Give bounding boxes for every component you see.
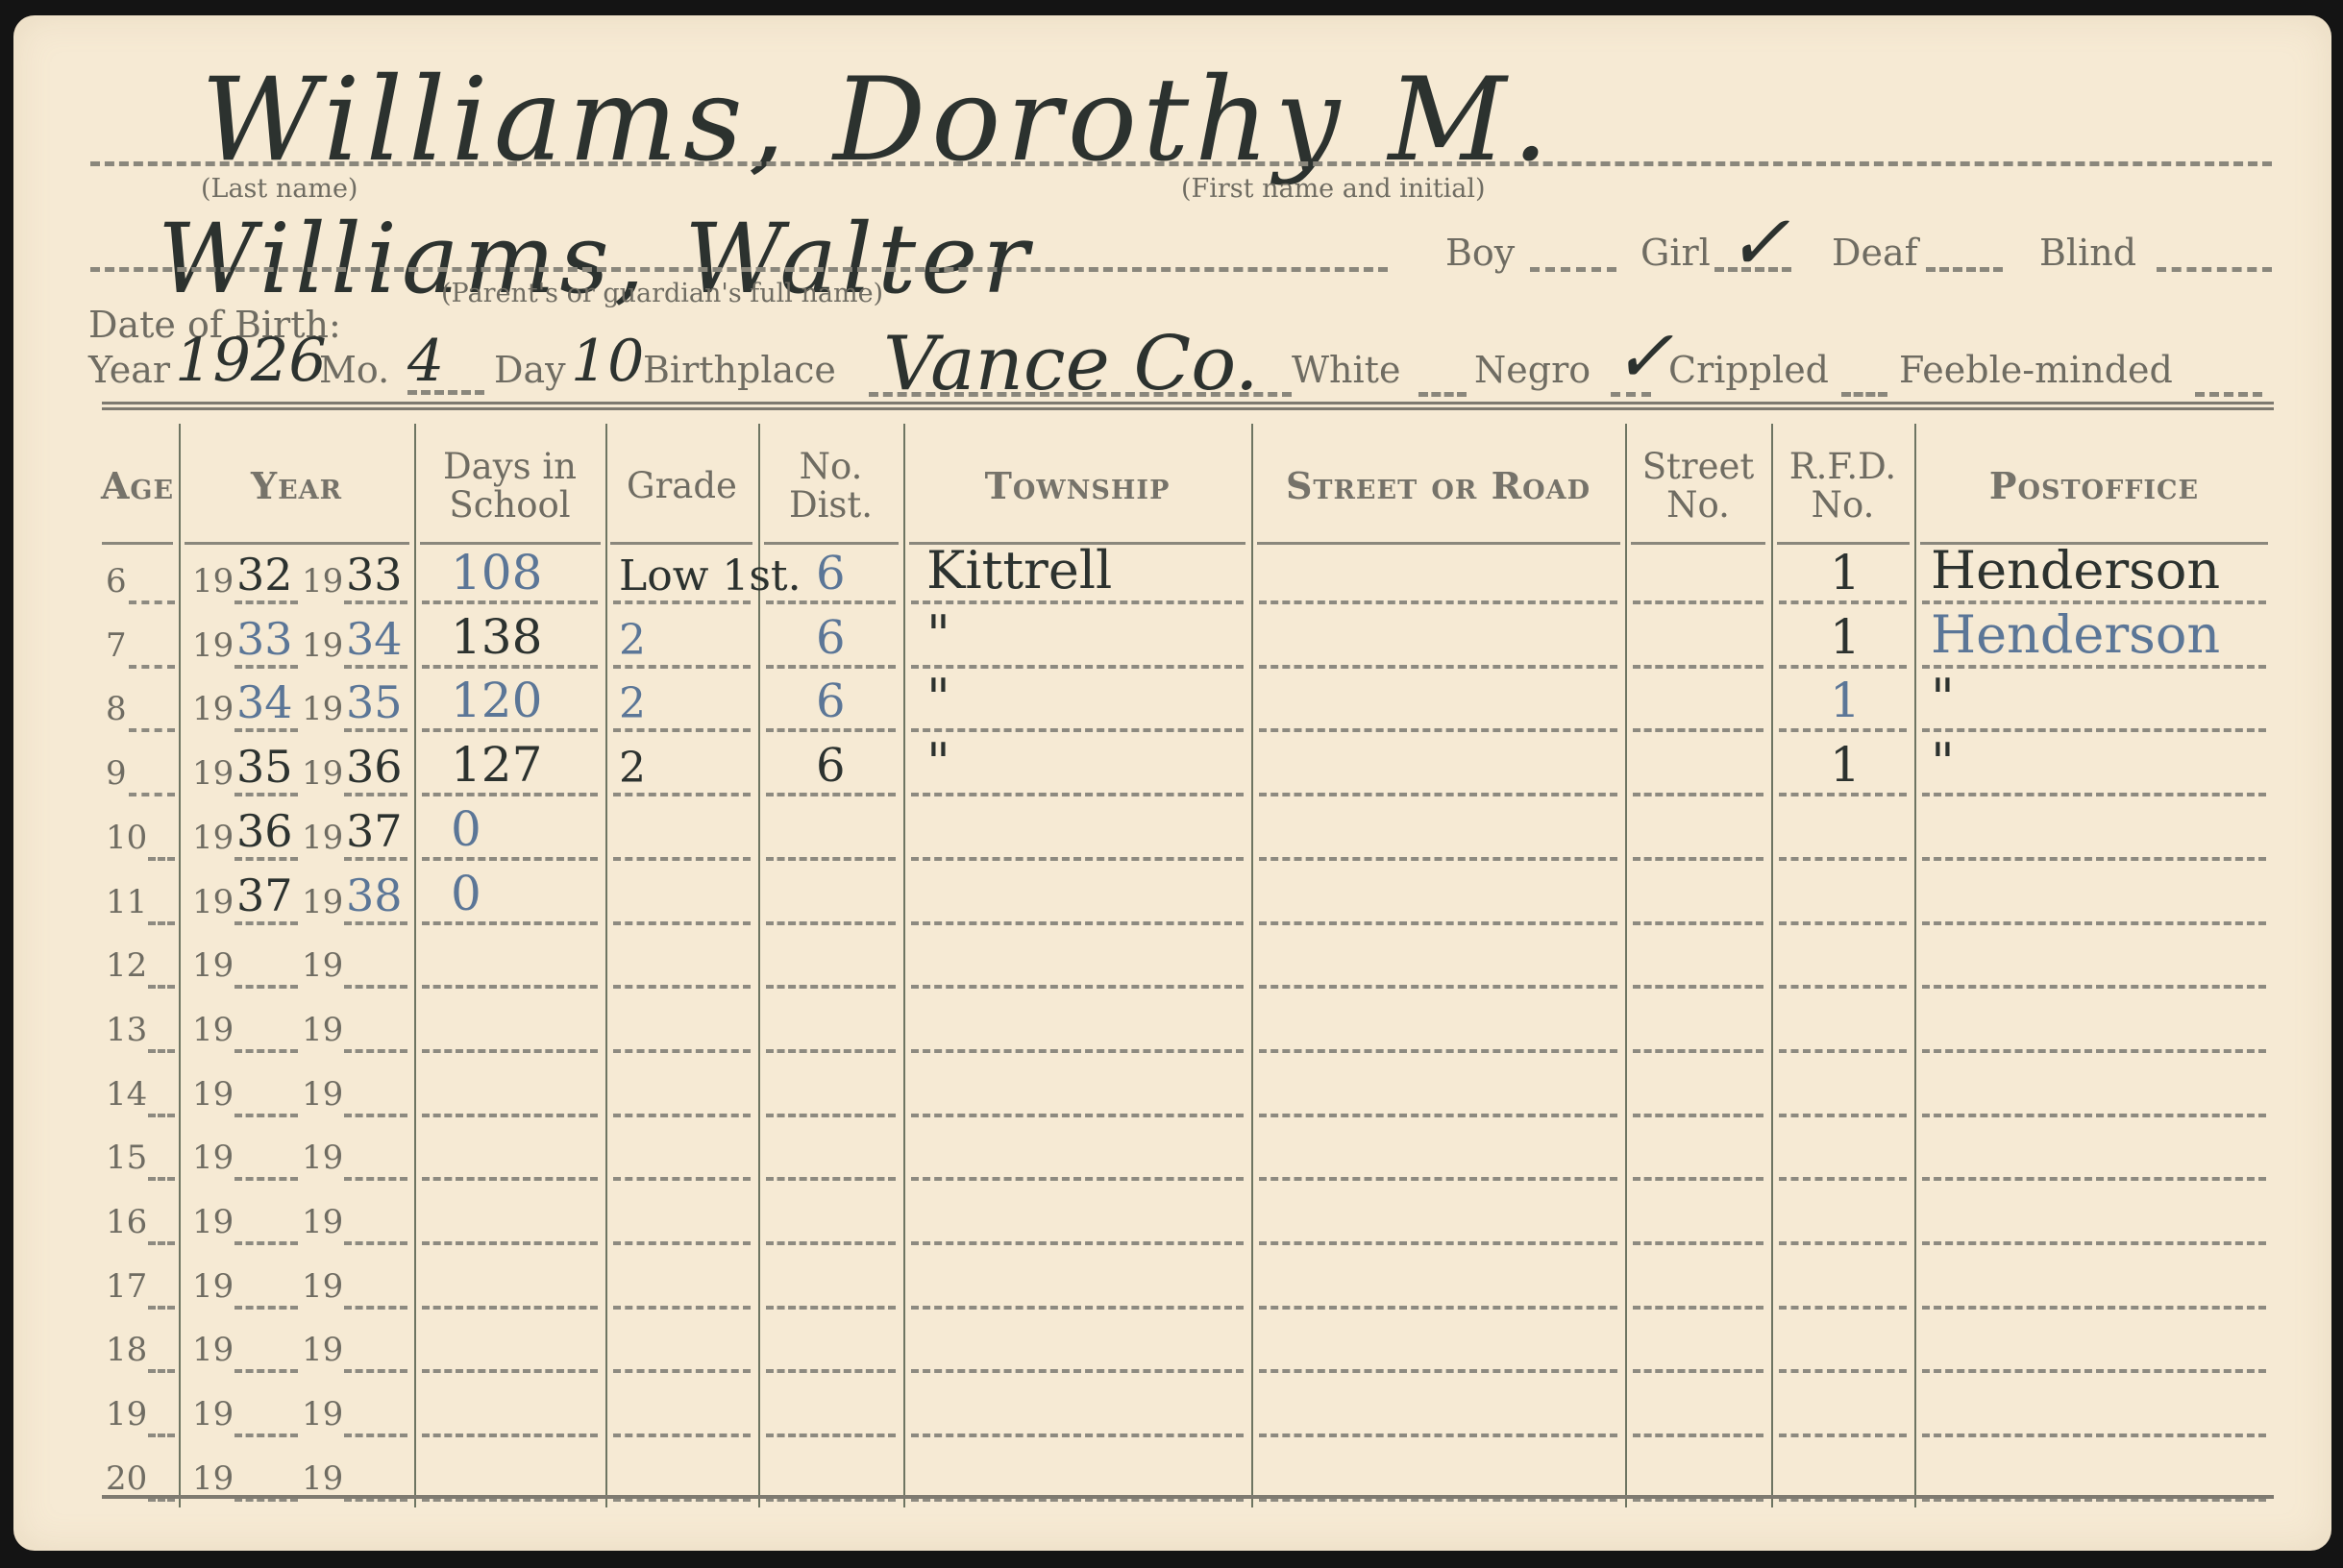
header-days-line2: School	[449, 486, 570, 525]
blind-blank	[2157, 267, 2272, 272]
year-blank	[344, 1177, 407, 1181]
days-cell: 108	[451, 545, 542, 600]
cell-blank	[1633, 1369, 1763, 1373]
feeble-minded-label: Feeble-minded	[1899, 349, 2173, 391]
year-blank	[234, 1306, 298, 1310]
cell-blank	[613, 1177, 751, 1181]
cell-blank	[766, 728, 896, 732]
year-prefix: 19	[302, 1331, 343, 1369]
year-prefix: 19	[192, 1331, 234, 1369]
year-prefix: 19	[302, 819, 343, 857]
year-blank	[344, 665, 407, 669]
age-cell: 19	[106, 1395, 183, 1433]
cell-blank	[766, 857, 896, 861]
cell-blank	[613, 665, 751, 669]
days-cell: 0	[451, 801, 481, 857]
age-cell: 18	[106, 1331, 183, 1369]
year-prefix: 19	[192, 1267, 234, 1306]
year-prefix: 19	[302, 562, 343, 600]
age-blank	[148, 921, 175, 925]
year-blank	[234, 921, 298, 925]
cell-blank	[422, 1049, 598, 1053]
cell-blank	[1633, 1114, 1763, 1117]
header-days-in-school: Days in School	[414, 430, 605, 541]
year-value: 37	[236, 870, 293, 921]
year-value: 34	[346, 613, 403, 665]
cell-blank	[1779, 1114, 1907, 1117]
cell-blank	[911, 1177, 1244, 1181]
cell-blank	[1779, 793, 1907, 796]
age-cell: 6	[106, 562, 183, 600]
cell-blank	[766, 1049, 896, 1053]
age-cell: 10	[106, 819, 183, 857]
cell-blank	[1633, 793, 1763, 796]
cell-blank	[422, 985, 598, 989]
year-blank	[234, 1114, 298, 1117]
header-township: Township	[903, 430, 1251, 541]
dist-cell: 6	[816, 611, 846, 665]
year-blank	[344, 1114, 407, 1117]
cell-blank	[766, 665, 896, 669]
negro-label: Negro	[1474, 349, 1591, 391]
year-blank	[344, 600, 407, 604]
age-blank	[129, 665, 175, 669]
year-prefix: 19	[192, 562, 234, 600]
header-street-no-line1: Street	[1642, 448, 1755, 486]
year-value: 37	[346, 805, 403, 857]
cell-blank	[1259, 600, 1617, 604]
age-cell: 11	[106, 883, 183, 921]
cell-blank	[1633, 1049, 1763, 1053]
year-value: 36	[346, 741, 403, 793]
cell-blank	[1779, 1241, 1907, 1245]
township-cell: "	[926, 604, 950, 665]
days-cell: 120	[451, 673, 542, 728]
cell-blank	[1259, 857, 1617, 861]
header-year: Year	[179, 430, 414, 541]
age-blank	[148, 1114, 175, 1117]
cell-blank	[1922, 1306, 2266, 1310]
postoffice-cell: "	[1931, 732, 1955, 793]
name-line	[90, 161, 2272, 166]
year-blank	[234, 1049, 298, 1053]
age-blank	[129, 600, 175, 604]
year-prefix: 19	[192, 1395, 234, 1433]
cell-blank	[1779, 1049, 1907, 1053]
boy-label: Boy	[1445, 232, 1515, 274]
cell-blank	[1633, 857, 1763, 861]
year-prefix: 19	[192, 754, 234, 793]
table-row: 171919	[13, 1254, 2331, 1317]
table-bottom-rule	[102, 1495, 2274, 1499]
guardian-line	[90, 267, 1388, 272]
cell-blank	[422, 600, 598, 604]
cell-blank	[1922, 1177, 2266, 1181]
age-cell: 15	[106, 1139, 183, 1177]
cell-blank	[1779, 1306, 1907, 1310]
year-prefix: 19	[192, 1075, 234, 1114]
cell-blank	[766, 793, 896, 796]
age-blank	[148, 1306, 175, 1310]
postoffice-cell: "	[1931, 668, 1955, 728]
cell-blank	[422, 1241, 598, 1245]
cell-blank	[613, 1433, 751, 1437]
year-value: 34	[236, 676, 293, 728]
cell-blank	[1922, 1114, 2266, 1117]
blind-label: Blind	[2039, 232, 2136, 274]
table-row: 161919	[13, 1189, 2331, 1253]
year-blank	[234, 665, 298, 669]
table-row: 10193619370	[13, 805, 2331, 869]
year-value: 35	[346, 676, 403, 728]
header-grade: Grade	[605, 430, 758, 541]
year-prefix: 19	[192, 819, 234, 857]
hdr-underline-street	[1257, 542, 1620, 545]
boy-blank	[1530, 267, 1616, 272]
table-row: 141919	[13, 1062, 2331, 1125]
year-blank	[234, 728, 298, 732]
township-cell: "	[926, 732, 950, 793]
cell-blank	[911, 857, 1244, 861]
year-blank	[234, 1433, 298, 1437]
age-blank	[129, 728, 175, 732]
cell-blank	[766, 1433, 896, 1437]
cell-blank	[766, 1114, 896, 1117]
cell-blank	[1259, 793, 1617, 796]
cell-blank	[766, 1177, 896, 1181]
cell-blank	[613, 793, 751, 796]
age-cell: 9	[106, 754, 183, 793]
header-rfd-line1: R.F.D.	[1789, 448, 1896, 486]
birthplace-label: Birthplace	[643, 349, 836, 391]
table-row: 201919	[13, 1446, 2331, 1509]
age-blank	[148, 1433, 175, 1437]
age-blank	[129, 793, 175, 796]
cell-blank	[766, 921, 896, 925]
cell-blank	[422, 728, 598, 732]
cell-blank	[613, 1114, 751, 1117]
cell-blank	[1779, 985, 1907, 989]
year-prefix: 19	[302, 754, 343, 793]
year-blank	[344, 1369, 407, 1373]
year-value: 33	[236, 613, 293, 665]
days-cell: 138	[451, 609, 542, 665]
age-cell: 7	[106, 626, 183, 665]
cell-blank	[422, 857, 598, 861]
year-value: 33	[346, 549, 403, 600]
year-prefix: 19	[192, 883, 234, 921]
age-blank	[148, 985, 175, 989]
feeble-minded-blank	[2195, 392, 2262, 397]
cell-blank	[1633, 985, 1763, 989]
header-dist-line2: Dist.	[789, 486, 873, 525]
year-blank	[344, 1049, 407, 1053]
cell-blank	[613, 1049, 751, 1053]
cell-blank	[1259, 1241, 1617, 1245]
year-blank	[344, 1306, 407, 1310]
year-blank	[234, 1177, 298, 1181]
cell-blank	[1259, 1306, 1617, 1310]
year-prefix: 19	[302, 1011, 343, 1049]
year-prefix: 19	[302, 1267, 343, 1306]
age-cell: 12	[106, 946, 183, 985]
year-blank	[344, 985, 407, 989]
year-prefix: 19	[302, 883, 343, 921]
cell-blank	[1633, 600, 1763, 604]
cell-blank	[422, 793, 598, 796]
cell-blank	[1633, 665, 1763, 669]
cell-blank	[1922, 1433, 2266, 1437]
cell-blank	[766, 1306, 896, 1310]
hdr-underline-dist	[764, 542, 899, 545]
cell-blank	[1633, 921, 1763, 925]
cell-blank	[1922, 665, 2266, 669]
cell-blank	[1779, 1369, 1907, 1373]
cell-blank	[422, 921, 598, 925]
first-name-label: (First name and initial)	[1181, 174, 1486, 204]
cell-blank	[1633, 1433, 1763, 1437]
birthplace-blank	[869, 392, 1292, 397]
rfd-cell: 1	[1830, 673, 1861, 728]
cell-blank	[1259, 1114, 1617, 1117]
cell-blank	[1922, 857, 2266, 861]
hdr-underline-streetno	[1631, 542, 1765, 545]
cell-blank	[613, 728, 751, 732]
cell-blank	[1259, 985, 1617, 989]
year-prefix: 19	[192, 1011, 234, 1049]
age-blank	[148, 1241, 175, 1245]
age-cell: 20	[106, 1459, 183, 1498]
girl-label: Girl	[1640, 232, 1711, 274]
negro-checkmark: ✓	[1613, 313, 1674, 399]
township-cell: "	[926, 668, 950, 728]
birth-year-label: Year	[88, 349, 170, 391]
table-row: 181919	[13, 1317, 2331, 1381]
deaf-label: Deaf	[1832, 232, 1918, 274]
year-blank	[234, 985, 298, 989]
year-blank	[234, 857, 298, 861]
cell-blank	[422, 1306, 598, 1310]
cell-blank	[613, 921, 751, 925]
year-value: 35	[236, 741, 293, 793]
cell-blank	[1259, 1049, 1617, 1053]
crippled-blank	[1841, 392, 1887, 397]
year-prefix: 19	[192, 690, 234, 728]
year-blank	[344, 1433, 407, 1437]
age-cell: 13	[106, 1011, 183, 1049]
year-value: 36	[236, 805, 293, 857]
year-prefix: 19	[302, 1203, 343, 1241]
cell-blank	[911, 1433, 1244, 1437]
year-blank	[234, 1369, 298, 1373]
table-row: 11193719380	[13, 870, 2331, 933]
year-prefix: 19	[302, 1075, 343, 1114]
header-street-or-road: Street or Road	[1251, 430, 1625, 541]
grade-cell: Low 1st.	[619, 551, 802, 600]
cell-blank	[1779, 665, 1907, 669]
white-blank	[1418, 392, 1467, 397]
age-cell: 14	[106, 1075, 183, 1114]
cell-blank	[1922, 985, 2266, 989]
year-prefix: 19	[302, 1459, 343, 1498]
cell-blank	[1922, 921, 2266, 925]
year-prefix: 19	[192, 1203, 234, 1241]
school-census-card: Williams, Dorothy M. (Last name) (First …	[13, 15, 2331, 1551]
cell-blank	[1779, 1177, 1907, 1181]
age-cell: 8	[106, 690, 183, 728]
rfd-cell: 1	[1830, 545, 1861, 600]
student-name: Williams, Dorothy M.	[201, 54, 1554, 187]
year-blank	[344, 793, 407, 796]
cell-blank	[911, 1114, 1244, 1117]
cell-blank	[1633, 1177, 1763, 1181]
cell-blank	[766, 1369, 896, 1373]
year-prefix: 19	[302, 946, 343, 985]
cell-blank	[911, 1241, 1244, 1245]
cell-blank	[1259, 1369, 1617, 1373]
year-value: 32	[236, 549, 293, 600]
white-label: White	[1292, 349, 1400, 391]
birth-month-value: 4	[407, 328, 444, 395]
table-row: 121919	[13, 933, 2331, 996]
last-name-label: (Last name)	[201, 174, 358, 204]
age-cell: 17	[106, 1267, 183, 1306]
cell-blank	[911, 985, 1244, 989]
cell-blank	[911, 793, 1244, 796]
year-blank	[344, 857, 407, 861]
cell-blank	[766, 985, 896, 989]
year-blank	[344, 728, 407, 732]
negro-blank	[1611, 392, 1651, 397]
days-cell: 127	[451, 737, 542, 793]
cell-blank	[613, 1369, 751, 1373]
dist-cell: 6	[816, 547, 846, 600]
dist-cell: 6	[816, 739, 846, 793]
grade-cell: 2	[619, 744, 646, 793]
hdr-underline-age	[102, 542, 173, 545]
year-blank	[344, 1241, 407, 1245]
age-blank	[148, 1049, 175, 1053]
year-prefix: 19	[192, 1139, 234, 1177]
cell-blank	[1779, 857, 1907, 861]
cell-blank	[1922, 728, 2266, 732]
rfd-cell: 1	[1830, 737, 1861, 793]
grade-cell: 2	[619, 616, 646, 665]
birth-day-value: 10	[571, 328, 644, 395]
postoffice-cell: Henderson	[1931, 540, 2220, 600]
header-days-line1: Days in	[443, 448, 577, 486]
birth-year-value: 1926	[175, 325, 327, 395]
birth-month-label: Mo.	[319, 349, 389, 391]
age-blank	[148, 1177, 175, 1181]
cell-blank	[911, 1369, 1244, 1373]
cell-blank	[1633, 1241, 1763, 1245]
cell-blank	[1922, 793, 2266, 796]
year-prefix: 19	[302, 1395, 343, 1433]
cell-blank	[911, 600, 1244, 604]
cell-blank	[911, 728, 1244, 732]
header-age: Age	[96, 430, 179, 541]
days-cell: 0	[451, 866, 481, 921]
header-double-rule	[102, 402, 2274, 410]
year-prefix: 19	[192, 946, 234, 985]
year-blank	[234, 600, 298, 604]
table-row: 71933193413826"1Henderson	[13, 613, 2331, 676]
cell-blank	[1779, 728, 1907, 732]
cell-blank	[1259, 1433, 1617, 1437]
age-blank	[148, 857, 175, 861]
year-blank	[234, 1241, 298, 1245]
table-row: 619321933108Low 1st.6Kittrell1Henderson	[13, 549, 2331, 612]
cell-blank	[422, 1114, 598, 1117]
cell-blank	[613, 600, 751, 604]
hdr-underline-grade	[610, 542, 752, 545]
dist-cell: 6	[816, 674, 846, 728]
deaf-blank	[1926, 267, 2003, 272]
cell-blank	[422, 1433, 598, 1437]
cell-blank	[911, 921, 1244, 925]
year-value: 38	[346, 870, 403, 921]
cell-blank	[1922, 1049, 2266, 1053]
cell-blank	[422, 1369, 598, 1373]
hdr-underline-year	[185, 542, 409, 545]
cell-blank	[1633, 1306, 1763, 1310]
header-dist-line1: No.	[800, 448, 863, 486]
table-row: 191919	[13, 1382, 2331, 1445]
table-row: 91935193612726"1"	[13, 741, 2331, 804]
year-prefix: 19	[302, 626, 343, 665]
month-blank	[407, 390, 484, 395]
cell-blank	[1259, 921, 1617, 925]
crippled-label: Crippled	[1668, 349, 1829, 391]
header-postoffice: Postoffice	[1914, 430, 2274, 541]
rfd-cell: 1	[1830, 609, 1861, 665]
cell-blank	[422, 665, 598, 669]
header-dist: No. Dist.	[758, 430, 903, 541]
cell-blank	[1922, 1241, 2266, 1245]
cell-blank	[422, 1177, 598, 1181]
guardian-label: (Parent's or guardian's full name)	[441, 279, 883, 308]
header-rfd-line2: No.	[1812, 486, 1875, 525]
table-row: 131919	[13, 997, 2331, 1061]
table-row: 81934193512026"1"	[13, 676, 2331, 740]
cell-blank	[1633, 728, 1763, 732]
girl-blank	[1714, 267, 1791, 272]
year-prefix: 19	[302, 690, 343, 728]
age-blank	[148, 1369, 175, 1373]
cell-blank	[1259, 1177, 1617, 1181]
cell-blank	[1259, 728, 1617, 732]
cell-blank	[613, 1241, 751, 1245]
year-prefix: 19	[192, 626, 234, 665]
township-cell: Kittrell	[926, 540, 1112, 600]
girl-checkmark: ✓	[1726, 198, 1790, 287]
table-row: 151919	[13, 1125, 2331, 1188]
cell-blank	[911, 1306, 1244, 1310]
year-blank	[344, 921, 407, 925]
postoffice-cell: Henderson	[1931, 604, 2220, 665]
age-cell: 16	[106, 1203, 183, 1241]
cell-blank	[766, 600, 896, 604]
header-rfd-no: R.F.D. No.	[1771, 430, 1914, 541]
cell-blank	[911, 1049, 1244, 1053]
header-street-no: Street No.	[1625, 430, 1771, 541]
cell-blank	[766, 1241, 896, 1245]
cell-blank	[911, 665, 1244, 669]
cell-blank	[1779, 921, 1907, 925]
year-blank	[234, 793, 298, 796]
cell-blank	[1259, 665, 1617, 669]
